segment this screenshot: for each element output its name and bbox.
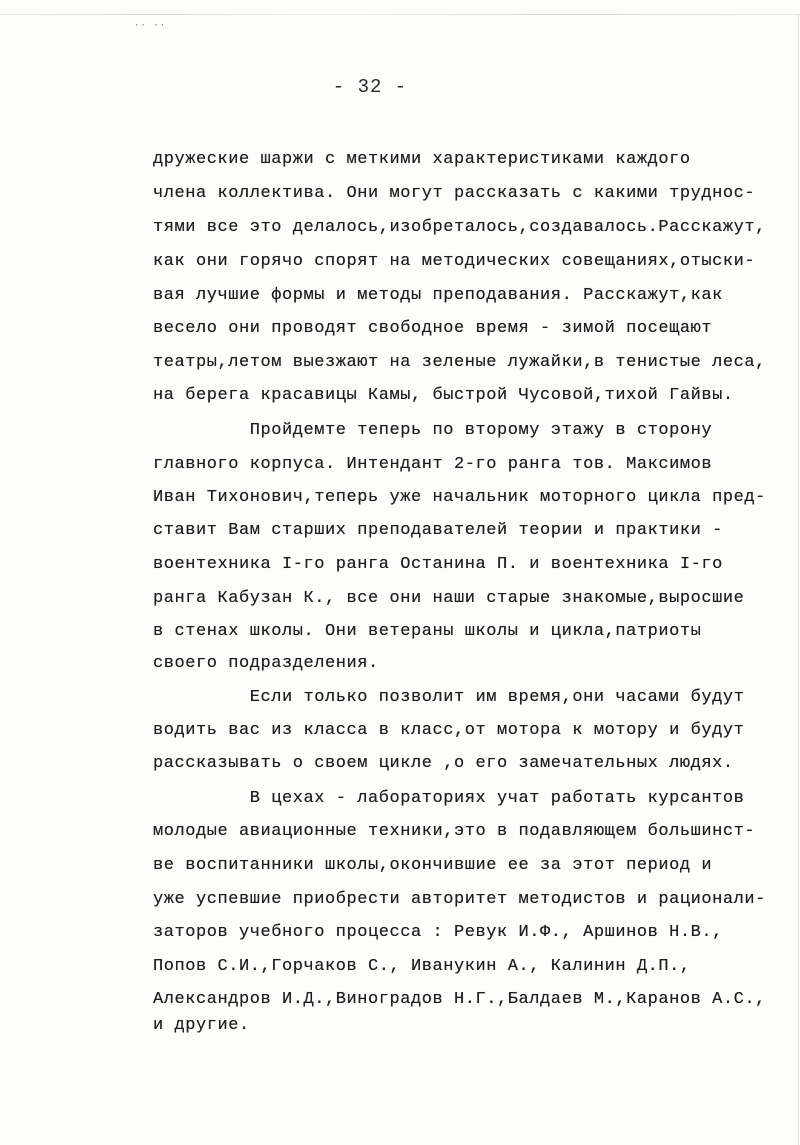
text-line: ранга Кабузан К., все они наши старые зн… xyxy=(153,589,744,609)
text-line: главного корпуса. Интендант 2-го ранга т… xyxy=(153,455,712,475)
text-line: члена коллектива. Они могут рассказать с… xyxy=(153,184,755,204)
text-line: как они горячо спорят на методических со… xyxy=(153,252,755,272)
text-line: Попов С.И.,Горчаков С., Иванукин А., Кал… xyxy=(153,957,691,977)
header-smudge: ·· ·· xyxy=(134,21,166,31)
text-line: заторов учебного процесса : Ревук И.Ф., … xyxy=(153,923,723,943)
text-line: Иван Тихонович,теперь уже начальник мото… xyxy=(153,488,766,508)
text-line: Александров И.Д.,Виноградов Н.Г.,Балдаев… xyxy=(153,990,766,1010)
document-page: ·· ·· - 32 - дружеские шаржи с меткими х… xyxy=(0,0,800,1145)
text-line: водить вас из класса в класс,от мотора к… xyxy=(153,721,744,741)
text-line: своего подразделения. xyxy=(153,654,379,674)
text-line: молодые авиационные техники,это в подавл… xyxy=(153,822,755,842)
page-top-edge xyxy=(0,14,800,15)
text-line: дружеские шаржи с меткими характеристика… xyxy=(153,150,691,170)
page-right-edge xyxy=(798,14,799,1145)
text-line: в стенах школы. Они ветераны школы и цик… xyxy=(153,622,701,642)
text-line: и другие. xyxy=(153,1016,250,1036)
text-line: рассказывать о своем цикле ,о его замеча… xyxy=(153,754,734,774)
text-line: воентехника I-го ранга Останина П. и вое… xyxy=(153,555,723,575)
text-line: ставит Вам старших преподавателей теории… xyxy=(153,521,723,541)
text-line: на берега красавицы Камы, быстрой Чусово… xyxy=(153,386,734,406)
text-line: ве воспитанники школы,окончившие ее за э… xyxy=(153,856,712,876)
paragraph-start-line: Пройдемте теперь по второму этажу в стор… xyxy=(153,421,712,441)
text-line: уже успевшие приобрести авторитет методи… xyxy=(153,890,766,910)
text-line: тями все это делалось,изобреталось,созда… xyxy=(153,218,766,238)
paragraph-start-line: В цехах - лабораториях учат работать кур… xyxy=(153,789,744,809)
text-line: весело они проводят свободное время - зи… xyxy=(153,319,712,339)
text-line: вая лучшие формы и методы преподавания. … xyxy=(153,286,723,306)
text-line: театры,летом выезжают на зеленые лужайки… xyxy=(153,353,766,373)
paragraph-start-line: Если только позволит им время,они часами… xyxy=(153,688,744,708)
page-number: - 32 - xyxy=(0,76,740,98)
